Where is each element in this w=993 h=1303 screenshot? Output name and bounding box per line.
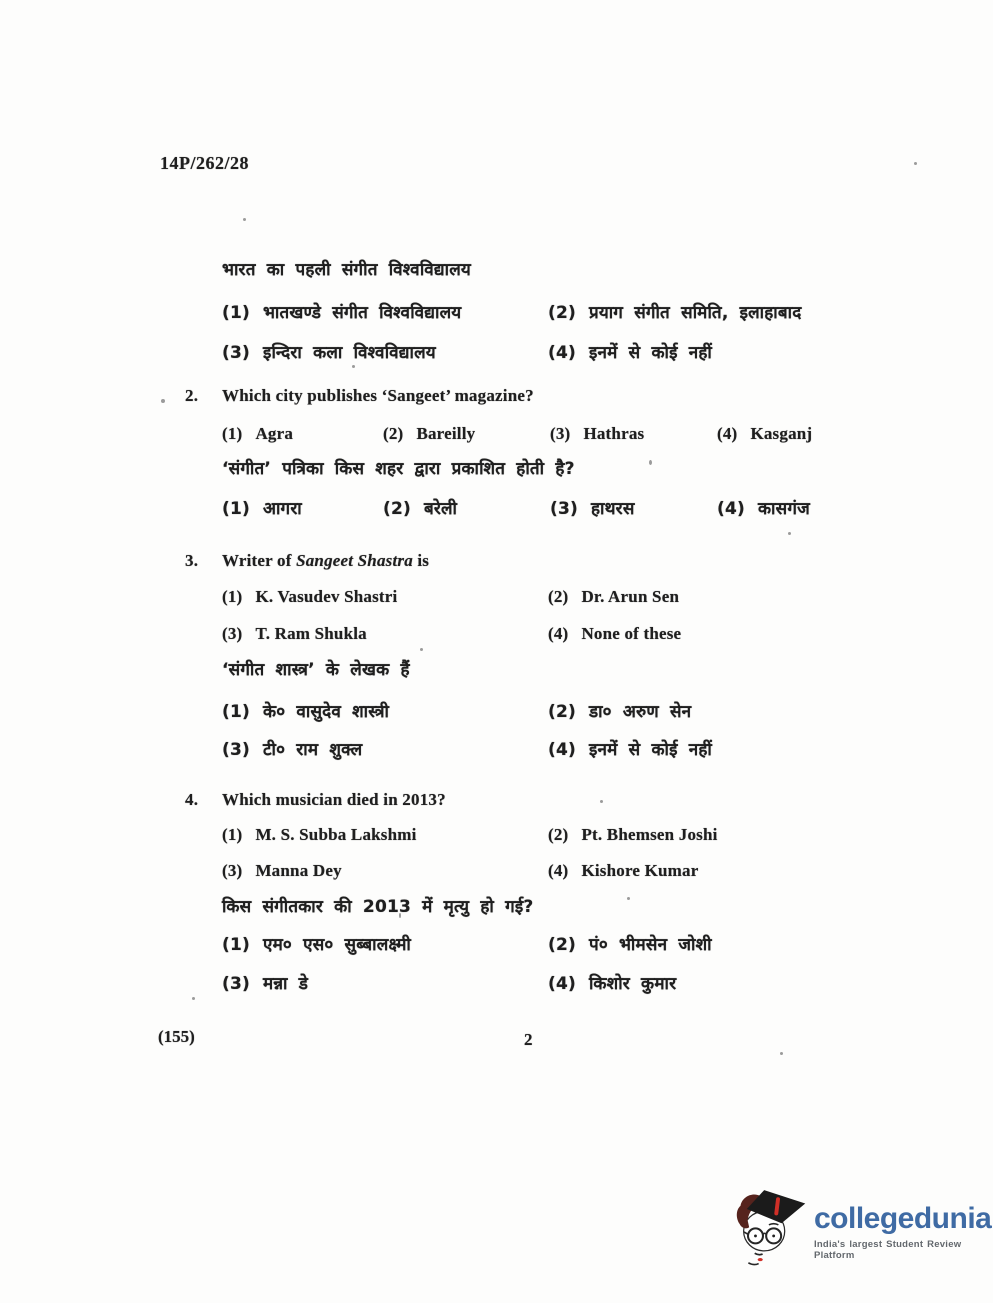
option: (2)प्रयाग संगीत समिति, इलाहाबाद — [548, 300, 993, 323]
question-4-hindi-options-row-1: (1)एम० एस० सुब्बालक्ष्मी (2)पं० भीमसेन ज… — [160, 932, 993, 955]
scan-speck — [420, 648, 423, 651]
question-3-options-row-2: (3)T. Ram Shukla (4)None of these — [160, 624, 993, 644]
option-number: (4) — [548, 624, 568, 643]
option: (4)इनमें से कोई नहीं — [548, 340, 993, 363]
option-text: None of these — [581, 624, 681, 643]
option: (3)Hathras — [550, 424, 717, 444]
question-2-options-row: (1)Agra (2)Bareilly (3)Hathras (4)Kasgan… — [160, 424, 993, 444]
option: (4)इनमें से कोई नहीं — [548, 737, 993, 760]
collegedunia-logo: collegedunia .com India's largest Studen… — [731, 1186, 993, 1270]
mascot-icon — [731, 1186, 810, 1270]
option: (3)हाथरस — [550, 496, 717, 519]
question-number: 3. — [185, 551, 222, 571]
scan-speck — [243, 218, 246, 221]
option-text: के० वासुदेव शास्त्री — [263, 702, 389, 722]
option-text: डा० अरुण सेन — [589, 702, 691, 722]
option-text: हाथरस — [591, 499, 635, 519]
option: (3)इन्दिरा कला विश्वविद्यालय — [222, 340, 548, 363]
option-number: (1) — [222, 499, 250, 519]
option-number: (3) — [222, 974, 250, 994]
option: (3)T. Ram Shukla — [222, 624, 548, 644]
exam-paper-page: 14P/262/28 भारत का पहली संगीत विश्वविद्य… — [0, 0, 993, 1303]
option-text: Bareilly — [416, 424, 475, 443]
option: (1)भातखण्डे संगीत विश्वविद्यालय — [222, 300, 548, 323]
option-number: (2) — [383, 499, 411, 519]
option-text: बरेली — [424, 499, 457, 519]
option-number: (3) — [222, 861, 242, 880]
scan-speck — [627, 897, 630, 900]
question-2: 2. Which city publishes ‘Sangeet’ magazi… — [160, 386, 975, 406]
option-number: (1) — [222, 424, 242, 443]
option: (2)पं० भीमसेन जोशी — [548, 932, 993, 955]
option-text: पं० भीमसेन जोशी — [589, 935, 712, 955]
option-text: भातखण्डे संगीत विश्वविद्यालय — [263, 303, 461, 323]
question-1-hindi-options-row-1: (1)भातखण्डे संगीत विश्वविद्यालय (2)प्रया… — [160, 300, 993, 323]
option: (1)एम० एस० सुब्बालक्ष्मी — [222, 932, 548, 955]
paper-code: 14P/262/28 — [160, 153, 249, 174]
question-text: Which musician died in 2013? — [222, 790, 446, 810]
option-number: (3) — [222, 740, 250, 760]
option-text: किशोर कुमार — [589, 974, 676, 994]
book-title-italic: Sangeet Shastra — [296, 551, 413, 570]
option-text: Dr. Arun Sen — [581, 587, 679, 606]
logo-text-block: collegedunia .com India's largest Studen… — [814, 1204, 993, 1261]
question-text: Writer of Sangeet Shastra is — [222, 551, 429, 571]
option: (2)Pt. Bhemsen Joshi — [548, 825, 993, 845]
option: (3)टी० राम शुक्ल — [222, 737, 548, 760]
option-text: Hathras — [583, 424, 644, 443]
option-number: (4) — [548, 343, 576, 363]
option-text: T. Ram Shukla — [255, 624, 366, 643]
option-text: इनमें से कोई नहीं — [589, 343, 712, 363]
option-number: (4) — [548, 740, 576, 760]
option-text: Manna Dey — [255, 861, 341, 880]
option-number: (2) — [548, 303, 576, 323]
scan-speck — [399, 913, 401, 918]
option-text: Pt. Bhemsen Joshi — [581, 825, 717, 844]
question-4-hindi-options-row-2: (3)मन्ना डे (4)किशोर कुमार — [160, 971, 993, 994]
scan-speck — [780, 1052, 783, 1055]
option: (1)के० वासुदेव शास्त्री — [222, 699, 548, 722]
option: (3)मन्ना डे — [222, 971, 548, 994]
question-number: 2. — [185, 386, 222, 406]
option: (2)Bareilly — [383, 424, 550, 444]
question-3-hindi-options-row-1: (1)के० वासुदेव शास्त्री (2)डा० अरुण सेन — [160, 699, 993, 722]
question-4-options-row-2: (3)Manna Dey (4)Kishore Kumar — [160, 861, 993, 881]
option-text: मन्ना डे — [263, 974, 308, 994]
scan-speck — [161, 399, 165, 403]
option: (3)Manna Dey — [222, 861, 548, 881]
booklet-series-code: (155) — [158, 1027, 195, 1047]
option: (4)None of these — [548, 624, 993, 644]
option-number: (1) — [222, 702, 250, 722]
option-number: (1) — [222, 587, 242, 606]
option-text: प्रयाग संगीत समिति, इलाहाबाद — [589, 303, 801, 323]
brand-name: collegedunia — [814, 1204, 991, 1234]
scan-speck — [649, 460, 652, 465]
option-text: Agra — [255, 424, 293, 443]
option: (2)डा० अरुण सेन — [548, 699, 993, 722]
option-number: (4) — [548, 861, 568, 880]
question-2-hindi-options-row: (1)आगरा (2)बरेली (3)हाथरस (4)कासगंज — [160, 496, 993, 519]
option: (4)Kishore Kumar — [548, 861, 993, 881]
option-number: (3) — [550, 499, 578, 519]
brand-tagline: India's largest Student Review Platform — [814, 1239, 993, 1261]
option-text: K. Vasudev Shastri — [255, 587, 397, 606]
question-3-hindi-text: ‘संगीत शास्त्र’ के लेखक हैं — [160, 657, 993, 680]
scan-speck — [192, 997, 195, 1000]
scan-speck — [600, 800, 603, 803]
option: (1)K. Vasudev Shastri — [222, 587, 548, 607]
option-text: एम० एस० सुब्बालक्ष्मी — [263, 935, 411, 955]
option-number: (3) — [222, 624, 242, 643]
option-number: (4) — [548, 974, 576, 994]
question-4: 4. Which musician died in 2013? — [160, 790, 975, 810]
question-4-hindi-text: किस संगीतकार की 2013 में मृत्यु हो गई? — [160, 894, 993, 917]
question-1-hindi-options-row-2: (3)इन्दिरा कला विश्वविद्यालय (4)इनमें से… — [160, 340, 993, 363]
option-number: (3) — [550, 424, 570, 443]
option-text: टी० राम शुक्ल — [263, 740, 362, 760]
option-text: Kasganj — [750, 424, 812, 443]
option: (1)Agra — [222, 424, 383, 444]
option-number: (1) — [222, 825, 242, 844]
question-3: 3. Writer of Sangeet Shastra is — [160, 551, 975, 571]
option-number: (2) — [548, 825, 568, 844]
option-number: (2) — [548, 702, 576, 722]
option-number: (1) — [222, 935, 250, 955]
question-1-hindi-text: भारत का पहली संगीत विश्वविद्यालय — [160, 257, 993, 280]
question-2-hindi-text: ‘संगीत’ पत्रिका किस शहर द्वारा प्रकाशित … — [160, 456, 993, 479]
option-text: इन्दिरा कला विश्वविद्यालय — [263, 343, 436, 363]
option-text: इनमें से कोई नहीं — [589, 740, 712, 760]
question-3-hindi-options-row-2: (3)टी० राम शुक्ल (4)इनमें से कोई नहीं — [160, 737, 993, 760]
option-text: Kishore Kumar — [581, 861, 698, 880]
option: (4)किशोर कुमार — [548, 971, 993, 994]
scan-speck — [352, 365, 355, 368]
option: (4)Kasganj — [717, 424, 993, 444]
scan-speck — [914, 162, 917, 165]
option-number: (4) — [717, 499, 745, 519]
option-number: (2) — [548, 935, 576, 955]
option-number: (3) — [222, 343, 250, 363]
option-number: (2) — [548, 587, 568, 606]
option: (1)M. S. Subba Lakshmi — [222, 825, 548, 845]
option-text: कासगंज — [758, 499, 810, 519]
scan-speck — [788, 532, 791, 535]
option-number: (4) — [717, 424, 737, 443]
option: (2)बरेली — [383, 496, 550, 519]
question-3-options-row-1: (1)K. Vasudev Shastri (2)Dr. Arun Sen — [160, 587, 993, 607]
question-4-options-row-1: (1)M. S. Subba Lakshmi (2)Pt. Bhemsen Jo… — [160, 825, 993, 845]
option: (1)आगरा — [222, 496, 383, 519]
option: (2)Dr. Arun Sen — [548, 587, 993, 607]
page-number: 2 — [524, 1030, 533, 1050]
option-text: M. S. Subba Lakshmi — [255, 825, 416, 844]
option: (4)कासगंज — [717, 496, 993, 519]
question-number: 4. — [185, 790, 222, 810]
question-text: Which city publishes ‘Sangeet’ magazine? — [222, 386, 534, 406]
option-number: (2) — [383, 424, 403, 443]
option-number: (1) — [222, 303, 250, 323]
option-text: आगरा — [263, 499, 302, 519]
